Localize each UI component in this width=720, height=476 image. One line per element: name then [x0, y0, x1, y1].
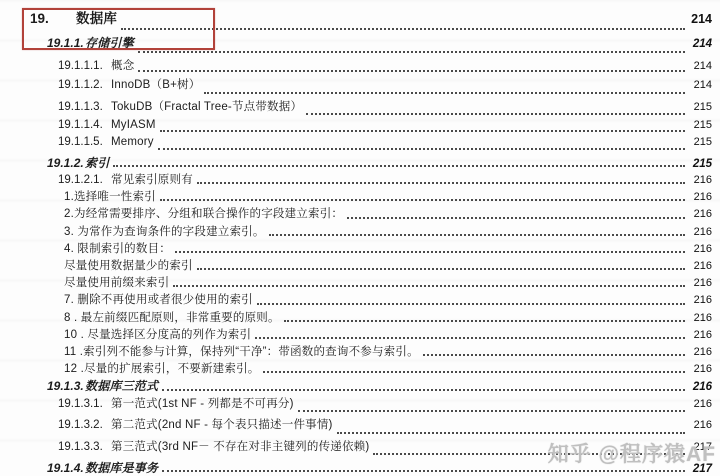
- toc-entry[interactable]: 3. 为常作为查询条件的字段建立索引。216: [0, 223, 720, 240]
- toc-entry-page-number: 216: [688, 260, 712, 272]
- toc-entry-page-number: 214: [688, 12, 712, 26]
- toc-entry-title: 10 . 尽量选择区分度高的列作为索引: [64, 326, 251, 342]
- toc-entry-number: 19.1.1.3.: [58, 101, 111, 113]
- toc-entry-title: 1.选择唯一性索引: [64, 188, 156, 204]
- toc-entry-page-number: 215: [688, 136, 712, 148]
- dotted-leader: [423, 354, 685, 356]
- dotted-leader: [306, 113, 685, 115]
- toc-entry-page-number: 216: [688, 277, 712, 289]
- toc-entry-title: 第一范式(1st NF - 列都是不可再分): [111, 395, 294, 411]
- toc-entry-title: 8 . 最左前缀匹配原则，非常重要的原则。: [64, 309, 280, 325]
- toc-entry-page-number: 216: [688, 329, 712, 341]
- toc-entry[interactable]: 19.1.2.索引215: [0, 154, 720, 172]
- toc-entry-page-number: 216: [688, 208, 712, 220]
- toc-entry-number: 19.1.3.1.: [58, 398, 111, 410]
- toc-entry-title: 索引: [85, 154, 109, 171]
- toc-entry-number: 19.1.1.: [47, 36, 85, 50]
- toc-entry-title: 存储引擎: [85, 34, 134, 51]
- dotted-leader: [197, 268, 685, 270]
- toc-entry-title: 常见索引原则有: [111, 171, 193, 187]
- toc-entry-page-number: 214: [688, 38, 712, 50]
- dotted-leader: [138, 70, 685, 72]
- toc-entry-number: 19.1.1.5.: [58, 136, 111, 148]
- toc-entry-page-number: 214: [688, 60, 712, 72]
- toc-entry-page-number: 216: [688, 363, 712, 375]
- toc-entry[interactable]: 尽量使用前缀来索引216: [0, 274, 720, 291]
- toc-entry-title: 概念: [111, 57, 134, 73]
- dotted-leader: [175, 251, 685, 253]
- dotted-leader: [269, 234, 685, 236]
- toc-entry-page-number: 216: [688, 243, 712, 255]
- toc-entry-title: 数据库: [76, 7, 117, 27]
- dotted-leader: [162, 470, 685, 472]
- toc-entry-title: 2.为经常需要排序、分组和联合操作的字段建立索引：: [64, 205, 343, 221]
- toc-entry-page-number: 215: [688, 158, 712, 170]
- toc-entry-title: 11 .索引列不能参与计算，保持列“干净”：带函数的查询不参与索引。: [64, 343, 419, 359]
- toc-entry-page-number: 216: [688, 381, 712, 393]
- toc-entry[interactable]: 19.1.1.3.TokuDB（Fractal Tree-节点带数据）215: [0, 98, 720, 119]
- toc-entry[interactable]: 11 .索引列不能参与计算，保持列“干净”：带函数的查询不参与索引。216: [0, 343, 720, 360]
- toc-list: 19.数据库21419.1.1.存储引擎21419.1.1.1.概念21419.…: [0, 0, 720, 476]
- watermark: 知乎 @程序猿AF: [548, 438, 716, 468]
- toc-entry-number: 19.1.3.3.: [58, 441, 111, 453]
- toc-entry[interactable]: 19.1.1.1.概念214: [0, 57, 720, 76]
- toc-entry-page-number: 216: [688, 312, 712, 324]
- dotted-leader: [160, 199, 685, 201]
- dotted-leader: [347, 217, 685, 219]
- toc-entry-page-number: 216: [688, 226, 712, 238]
- toc-entry-page-number: 216: [688, 398, 712, 410]
- dotted-leader: [160, 130, 685, 132]
- toc-entry[interactable]: 7. 删除不再使用或者很少使用的索引216: [0, 291, 720, 308]
- toc-entry[interactable]: 19.数据库214: [0, 7, 720, 34]
- toc-entry[interactable]: 19.1.1.2.InnoDB（B+树）214: [0, 76, 720, 98]
- toc-entry-page-number: 216: [688, 294, 712, 306]
- toc-entry[interactable]: 19.1.1.5.Memory215: [0, 136, 720, 154]
- dotted-leader: [284, 320, 685, 322]
- toc-entry[interactable]: 19.1.1.存储引擎214: [0, 34, 720, 57]
- toc-entry-title: 4. 限制索引的数目：: [64, 240, 171, 256]
- toc-entry[interactable]: 19.1.3.2.第二范式(2nd NF - 每个表只描述一件事情)216: [0, 416, 720, 438]
- toc-entry-title: 第二范式(2nd NF - 每个表只描述一件事情): [111, 416, 333, 432]
- toc-entry-title: 7. 删除不再使用或者很少使用的索引: [64, 291, 253, 307]
- toc-entry[interactable]: 10 . 尽量选择区分度高的列作为索引216: [0, 326, 720, 343]
- toc-entry[interactable]: 8 . 最左前缀匹配原则，非常重要的原则。216: [0, 309, 720, 326]
- toc-entry[interactable]: 4. 限制索引的数目：216: [0, 240, 720, 257]
- dotted-leader: [158, 148, 685, 150]
- toc-entry-number: 19.: [30, 11, 76, 26]
- dotted-leader: [298, 410, 685, 412]
- toc-entry-page-number: 215: [688, 119, 712, 131]
- toc-entry[interactable]: 12 .尽量的扩展索引，不要新建索引。216: [0, 360, 720, 377]
- toc-entry-title: InnoDB（B+树）: [111, 76, 200, 92]
- toc-entry[interactable]: 19.1.3.1.第一范式(1st NF - 列都是不可再分)216: [0, 395, 720, 416]
- toc-entry-page-number: 214: [688, 79, 712, 91]
- toc-entry[interactable]: 19.1.1.4.MyIASM215: [0, 119, 720, 137]
- toc-entry-title: 3. 为常作为查询条件的字段建立索引。: [64, 223, 265, 239]
- dotted-leader: [113, 165, 685, 167]
- toc-entry-number: 19.1.4.: [47, 461, 85, 475]
- dotted-leader: [204, 92, 685, 94]
- toc-entry-title: 尽量使用数据量少的索引: [64, 257, 193, 273]
- toc-entry-page-number: 215: [688, 101, 712, 113]
- toc-entry-title: 数据库三范式: [85, 377, 158, 394]
- toc-entry-title: 12 .尽量的扩展索引，不要新建索引。: [64, 360, 259, 376]
- toc-entry-page-number: 216: [688, 346, 712, 358]
- dotted-leader: [197, 182, 685, 184]
- toc-entry-title: Memory: [111, 136, 154, 148]
- toc-entry-number: 19.1.2.: [47, 156, 85, 170]
- dotted-leader: [257, 303, 685, 305]
- toc-entry-title: 第三范式(3rd NF－ 不存在对非主键列的传递依赖): [111, 438, 369, 454]
- toc-entry-number: 19.1.3.2.: [58, 419, 111, 431]
- toc-entry[interactable]: 19.1.3.数据库三范式216: [0, 377, 720, 395]
- toc-entry-number: 19.1.2.1.: [58, 174, 111, 186]
- toc-entry-number: 19.1.3.: [47, 379, 85, 393]
- toc-entry[interactable]: 2.为经常需要排序、分组和联合操作的字段建立索引：216: [0, 205, 720, 222]
- toc-entry-number: 19.1.1.2.: [58, 79, 111, 91]
- dotted-leader: [162, 389, 685, 391]
- dotted-leader: [263, 371, 685, 373]
- toc-entry-title: MyIASM: [111, 119, 156, 131]
- toc-entry-page-number: 216: [688, 174, 712, 186]
- toc-entry-title: 数据库是事务: [85, 459, 158, 476]
- toc-entry-page-number: 216: [688, 191, 712, 203]
- toc-entry[interactable]: 19.1.2.1.常见索引原则有216: [0, 171, 720, 188]
- toc-entry-number: 19.1.1.4.: [58, 119, 111, 131]
- toc-entry[interactable]: 尽量使用数据量少的索引216: [0, 257, 720, 274]
- toc-entry[interactable]: 1.选择唯一性索引216: [0, 188, 720, 205]
- dotted-leader: [121, 28, 685, 30]
- dotted-leader: [173, 285, 685, 287]
- toc-entry-number: 19.1.1.1.: [58, 60, 111, 72]
- toc-entry-title: TokuDB（Fractal Tree-节点带数据）: [111, 98, 302, 114]
- toc-entry-page-number: 216: [688, 419, 712, 431]
- dotted-leader: [138, 51, 685, 53]
- dotted-leader: [255, 337, 685, 339]
- dotted-leader: [337, 432, 685, 434]
- toc-entry-title: 尽量使用前缀来索引: [64, 274, 169, 290]
